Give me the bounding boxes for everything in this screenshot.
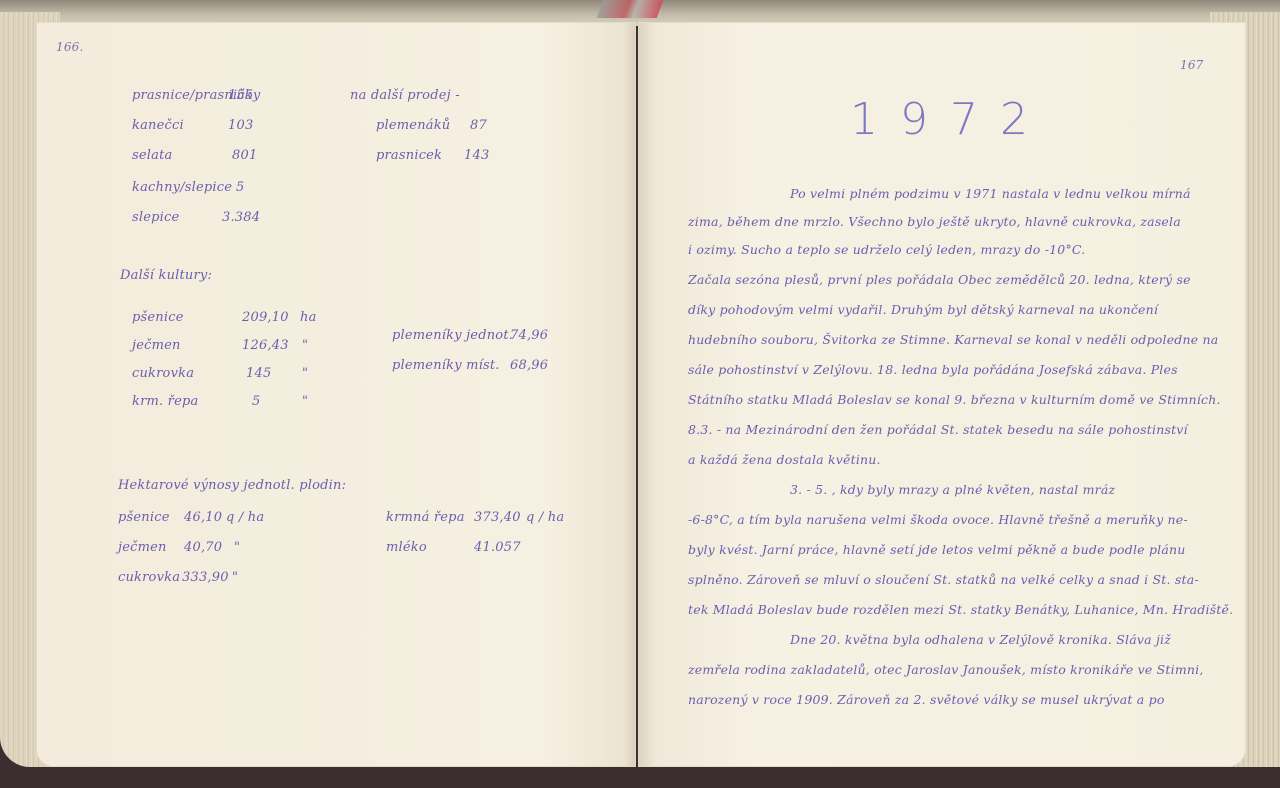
yield-value: 41.057 <box>474 540 521 555</box>
text-line: 3. - 5. , kdy byly mrazy a plné květen, … <box>790 482 1115 497</box>
list-item-value: 5 <box>236 180 244 195</box>
crop-unit: " <box>302 338 308 353</box>
crops-heading: Další kultury: <box>120 268 212 283</box>
yield-label: krmná řepa <box>386 510 465 525</box>
text-line: a každá žena dostala květinu. <box>688 452 881 467</box>
crop-unit: " <box>302 394 308 409</box>
crop-value: 145 <box>246 366 271 381</box>
crop-value: 74,96 <box>510 328 548 343</box>
yield-label: pšenice <box>118 510 170 525</box>
list-item-label: selata <box>132 148 172 163</box>
yield-unit: " <box>232 570 238 585</box>
list-item-label: slepice <box>132 210 179 225</box>
text-line: Začala sezóna plesů, první ples pořádala… <box>688 272 1191 287</box>
crop-label: pšenice <box>132 310 184 325</box>
crop-value: 5 <box>252 394 260 409</box>
text-line: hudebního souboru, Švitorka ze Stimne. K… <box>688 332 1218 347</box>
list-item-value: 3.384 <box>222 210 260 225</box>
year-heading: 1972 <box>850 94 1050 145</box>
crop-label: krm. řepa <box>132 394 198 409</box>
text-line: byly kvést. Jarní práce, hlavně setí jde… <box>688 542 1186 557</box>
crop-label: ječmen <box>132 338 181 353</box>
yield-value: 373,40 <box>474 510 521 525</box>
yield-unit: " <box>234 540 240 555</box>
crop-value: 68,96 <box>510 358 548 373</box>
text-line: Dne 20. května byla odhalena v Zelýlově … <box>790 632 1171 647</box>
text-line: splněno. Zároveň se mluví o sloučení St.… <box>688 572 1199 587</box>
text-line: Po velmi plném podzimu v 1971 nastala v … <box>790 186 1191 201</box>
text-line: narozený v roce 1909. Zároveň za 2. svět… <box>688 692 1165 707</box>
yield-label: ječmen <box>118 540 167 555</box>
yield-unit: q / ha <box>226 510 264 525</box>
crop-value: 209,10 <box>242 310 289 325</box>
yield-value: 46,10 <box>184 510 222 525</box>
text-line: sále pohostinství v Zelýlovu. 18. ledna … <box>688 362 1178 377</box>
list-item-value: 143 <box>464 148 489 163</box>
text-line: Státního statku Mladá Boleslav se konal … <box>688 392 1221 407</box>
yield-label: cukrovka <box>118 570 180 585</box>
text-line: -6-8°C, a tím byla narušena velmi škoda … <box>688 512 1188 527</box>
sales-heading: na další prodej - <box>350 88 460 103</box>
text-line: 8.3. - na Mezinárodní den žen pořádal St… <box>688 422 1188 437</box>
yield-unit: q / ha <box>526 510 564 525</box>
yields-heading: Hektarové výnosy jednotl. plodin: <box>118 478 346 493</box>
list-item-label: kanečci <box>132 118 184 133</box>
list-item-value: 87 <box>470 118 487 133</box>
crop-value: 126,43 <box>242 338 289 353</box>
ribbon-bookmark <box>597 0 664 18</box>
list-item-label: plemenáků <box>376 118 450 133</box>
left-page: 166. prasnice/prasničky 155 kanečci 103 … <box>36 22 636 767</box>
list-item-label: kachny/slepice <box>132 180 232 195</box>
list-item-value: 103 <box>228 118 253 133</box>
crop-label: cukrovka <box>132 366 194 381</box>
list-item-label: prasnicek <box>376 148 442 163</box>
crop-label: plemeníky jednot. <box>392 328 513 343</box>
text-line: díky pohodovým velmi vydařil. Druhým byl… <box>688 302 1158 317</box>
yield-label: mléko <box>386 540 427 555</box>
crop-label: plemeníky míst. <box>392 358 500 373</box>
page-number-right: 167 <box>1180 58 1204 72</box>
page-number-left: 166. <box>56 40 84 54</box>
crop-unit: " <box>302 366 308 381</box>
yield-value: 333,90 <box>182 570 229 585</box>
text-line: zemřela rodina zakladatelů, otec Jarosla… <box>688 662 1204 677</box>
list-item-value: 801 <box>232 148 257 163</box>
text-line: i ozimy. Sucho a teplo se udrželo celý l… <box>688 242 1085 257</box>
yield-value: 40,70 <box>184 540 222 555</box>
right-page: 167 1972 Po velmi plném podzimu v 1971 n… <box>638 22 1246 767</box>
text-line: tek Mladá Boleslav bude rozdělen mezi St… <box>688 602 1233 617</box>
crop-unit: ha <box>300 310 317 325</box>
list-item-value: 155 <box>228 88 253 103</box>
text-line: zima, během dne mrzlo. Všechno bylo ješt… <box>688 214 1181 229</box>
